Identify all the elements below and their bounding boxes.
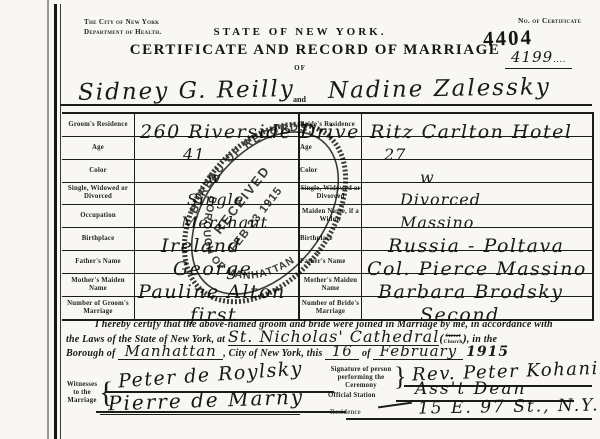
residence-line [346, 418, 592, 420]
witnesses-label: Witnesses to the Marriage [64, 381, 100, 405]
groom-birthplace-label: Birthplace [62, 228, 135, 251]
witness2-line2 [100, 414, 300, 415]
groom-marriage-number-label: Number of Groom's Marriage [62, 297, 135, 320]
certificate-no-dots: .... [553, 54, 566, 64]
residence-dash [378, 402, 412, 408]
certificate-no-field: 4199.... [505, 48, 572, 69]
groom-mother-maiden-label: Mother's Maiden Name [62, 274, 135, 297]
marriage-record-table: Groom's Residence 260 Riverside Drive Br… [62, 112, 594, 321]
page-title: CERTIFICATE AND RECORD OF MARRIAGE [125, 42, 505, 59]
binding-edge-line [54, 4, 57, 439]
bride-father-name-label: Father's Name [300, 251, 362, 274]
bride-marriage-number-label: Number of Bride's Marriage [300, 297, 362, 320]
day-field: 16 [325, 347, 359, 360]
bride-color-label: Color [300, 160, 362, 183]
residence-value: 15 E. 97 St., N.Y. [418, 395, 600, 418]
bride-mother-maiden-label: Mother's Maiden Name [300, 274, 362, 297]
and-label: and [293, 95, 306, 104]
performer-label: Signature of person performing the Cerem… [330, 366, 392, 390]
names-underline [60, 104, 592, 106]
groom-color-value: w [135, 160, 300, 183]
witness2-line [96, 411, 346, 413]
bride-maiden-name-label: Maiden Name, if a Widow [300, 205, 362, 228]
groom-father-name-label: Father's Name [62, 251, 135, 274]
bride-birthplace-label: Birthplace [300, 228, 362, 251]
month-field: February [373, 347, 463, 360]
borough-field: Manhattan [118, 347, 223, 360]
groom-name: Sidney G. Reilly [78, 76, 295, 106]
bride-name: Nadine Zalessky [328, 74, 551, 104]
scan-edge-line [47, 0, 49, 439]
state-title: STATE OF NEW YORK. [195, 26, 405, 38]
dept-line2: Department of Health. [84, 28, 161, 37]
official-station-label: Official Station [328, 392, 392, 400]
groom-color-label: Color [62, 160, 135, 183]
of-label: OF [240, 64, 360, 72]
performer-brace: } [394, 362, 406, 392]
groom-residence-label: Groom's Residence [62, 114, 135, 137]
certificate-no-label: No. of Certificate [518, 16, 581, 25]
dept-line1: The City of New York [84, 18, 159, 27]
groom-marital-status-label: Single, Widowed or Divorced [62, 183, 135, 206]
groom-age-label: Age [62, 137, 135, 160]
groom-occupation-label: Occupation [62, 205, 135, 228]
bride-birthplace-value: Russia - Poltava [362, 228, 592, 251]
bride-residence-value: Ritz Carlton Hotel [362, 114, 592, 137]
residence-label: Residence [330, 409, 380, 417]
groom-residence-value: 260 Riverside Drive [135, 114, 300, 137]
bride-marital-status-value: Divorced [362, 183, 592, 206]
bride-marital-status-label: Single, Widowed or Divorced [300, 183, 362, 206]
certificate-no-value: 4199 [511, 48, 553, 66]
binding-edge-line-2 [60, 4, 61, 439]
year-value: 1915 [466, 344, 509, 360]
